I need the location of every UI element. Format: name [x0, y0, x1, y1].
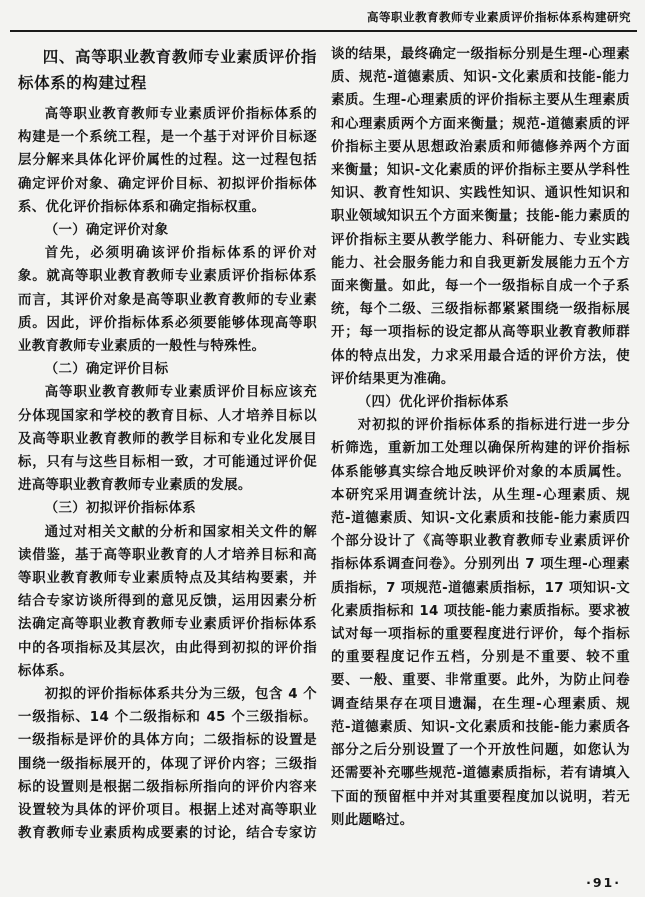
subheading-4: （四）优化评价指标体系 — [331, 391, 630, 414]
paragraph: 对初拟的评价指标体系的指标进行进一步分析筛选，重新加工处理以确保所构建的评价指标… — [331, 414, 630, 832]
article-body: 四、高等职业教育教师专业素质评价指标体系的构建过程 高等职业教育教师专业素质评价… — [18, 43, 630, 865]
subheading-3: （三）初拟评价指标体系 — [18, 497, 317, 520]
paragraph: 高等职业教育教师专业素质评价指标体系的构建是一个系统工程，是一个基于对评价目标逐… — [18, 103, 317, 219]
page-number: ·91· — [586, 875, 621, 890]
paragraph: 通过对相关文献的分析和国家相关文件的解读借鉴，基于高等职业教育的人才培养目标和高… — [18, 521, 317, 683]
header-rule — [10, 30, 637, 32]
paragraph: 首先，必须明确该评价指标体系的评价对象。就高等职业教育教师专业素质评价指标体系而… — [18, 242, 317, 358]
subheading-2: （二）确定评价目标 — [18, 358, 317, 381]
running-header: 高等职业教育教师专业素质评价指标体系构建研究 — [0, 0, 645, 25]
subheading-1: （一）确定评价对象 — [18, 219, 317, 242]
scanned-paper-page: 高等职业教育教师专业素质评价指标体系构建研究 四、高等职业教育教师专业素质评价指… — [0, 0, 645, 897]
paragraph: 高等职业教育教师专业素质评价目标应该充分体现国家和学校的教育目标、人才培养目标以… — [18, 381, 317, 497]
section-heading: 四、高等职业教育教师专业素质评价指标体系的构建过程 — [18, 45, 317, 96]
